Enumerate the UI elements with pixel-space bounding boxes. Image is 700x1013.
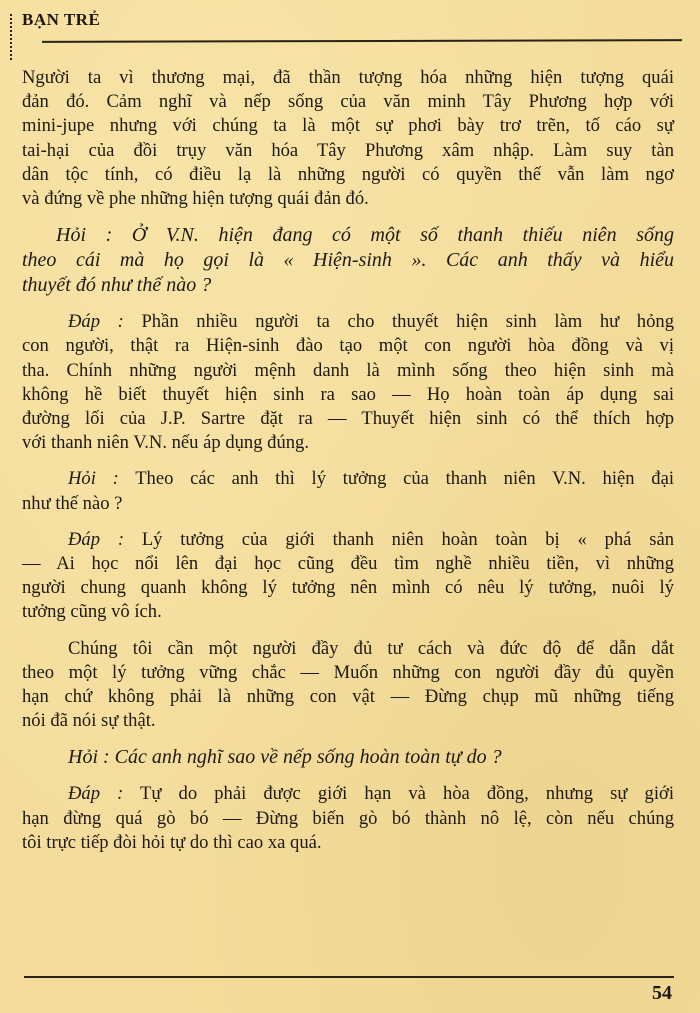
question-line: Hỏi : Ở V.N. hiện đang có một số thanh t… <box>56 223 674 248</box>
answer-line: tha. Chính những người mệnh danh là mình… <box>22 359 674 383</box>
answer-line: với thanh niên V.N. nếu áp dụng đúng. <box>22 431 674 455</box>
answer-line: tưởng cũng vô ích. <box>22 600 674 624</box>
text-line: dân tộc tính, có điều lạ là những người … <box>22 163 674 187</box>
question-1-cont: theo cái mà họ gọi là « Hiện-sinh ». Các… <box>22 248 674 298</box>
answer-text: Phần nhiều người ta cho thuyết hiện sinh… <box>141 311 674 332</box>
text-line: hạn chứ không phải là những con vật — Đừ… <box>22 685 674 709</box>
text-line: Chúng tôi cần một người đầy đủ tư cách v… <box>22 637 674 661</box>
question-text: Các anh nghĩ sao về nếp sống hoàn toàn t… <box>115 746 502 768</box>
question-text: Theo các anh thì lý tưởng của thanh niên… <box>135 468 674 489</box>
question-line: Hỏi : Các anh nghĩ sao về nếp sống hoàn … <box>68 745 674 770</box>
question-label: Hỏi : <box>56 224 112 246</box>
answer-label: Đáp : <box>68 783 123 804</box>
text-line: đản đó. Cảm nghĩ và nếp sống của văn min… <box>22 90 674 114</box>
question-line: như thế nào ? <box>22 492 674 516</box>
answer-1: Đáp : Phần nhiều người ta cho thuyết hiệ… <box>22 310 674 455</box>
question-line: Hỏi : Theo các anh thì lý tưởng của than… <box>22 467 674 491</box>
answer-line: con người, thật ra Hiện-sinh đào tạo một… <box>22 334 674 358</box>
text-line: tai-hại của đồi trụy văn hóa Tây Phương … <box>22 139 674 163</box>
question-1: Hỏi : Ở V.N. hiện đang có một số thanh t… <box>22 223 674 248</box>
running-header: BẠN TRẺ <box>10 10 100 30</box>
text-line: Người ta vì thương mại, đã thần tượng hó… <box>22 66 674 90</box>
answer-line: Đáp : Phần nhiều người ta cho thuyết hiệ… <box>22 310 674 334</box>
question-2: Hỏi : Theo các anh thì lý tưởng của than… <box>22 467 674 515</box>
article-body: Người ta vì thương mại, đã thần tượng hó… <box>22 66 674 867</box>
text-line: mini-jupe nhưng với chúng ta là một sự p… <box>22 114 674 138</box>
paragraph-2: Chúng tôi cần một người đầy đủ tư cách v… <box>22 637 674 734</box>
text-line: nói đã nói sự thật. <box>22 709 674 733</box>
answer-text: Lý tưởng của giới thanh niên hoàn toàn b… <box>142 529 674 550</box>
answer-label: Đáp : <box>68 529 124 550</box>
answer-text: Tự do phải được giới hạn và hòa đồng, nh… <box>140 783 674 804</box>
text-line: và đứng về phe những hiện tượng quái đản… <box>22 187 674 211</box>
answer-line: hạn đừng quá gò bó — Đừng biến gò bó thà… <box>22 807 674 831</box>
question-text: Ở V.N. hiện đang có một số thanh thiếu n… <box>132 224 674 246</box>
paragraph-continuation: Người ta vì thương mại, đã thần tượng hó… <box>22 66 674 211</box>
answer-line: không hề biết thuyết hiện sinh ra sao — … <box>22 383 674 407</box>
answer-line: người chung quanh không lý tưởng nên mìn… <box>22 576 674 600</box>
answer-line: tôi trực tiếp đòi hỏi tự do thì cao xa q… <box>22 831 674 855</box>
text-line: theo một lý tưởng vững chắc — Muốn những… <box>22 661 674 685</box>
answer-line: Đáp : Tự do phải được giới hạn và hòa đồ… <box>22 782 674 806</box>
question-label: Hỏi : <box>68 468 119 489</box>
page-number: 54 <box>652 982 672 1005</box>
running-title: BẠN TRẺ <box>22 10 100 29</box>
answer-line: đường lối của J.P. Sartre đặt ra — Thuyế… <box>22 407 674 431</box>
question-line: theo cái mà họ gọi là « Hiện-sinh ». Các… <box>22 248 674 273</box>
header-rule <box>42 39 682 43</box>
answer-label: Đáp : <box>68 311 124 332</box>
answer-3: Đáp : Tự do phải được giới hạn và hòa đồ… <box>22 782 674 855</box>
answer-line: Đáp : Lý tưởng của giới thanh niên hoàn … <box>22 528 674 552</box>
question-label: Hỏi : <box>68 746 110 768</box>
question-line: thuyết đó như thế nào ? <box>22 273 674 298</box>
question-3: Hỏi : Các anh nghĩ sao về nếp sống hoàn … <box>22 745 674 770</box>
answer-line: — Ai học nổi lên đại học cũng đều tìm ng… <box>22 552 674 576</box>
footer-rule <box>24 976 674 978</box>
answer-2: Đáp : Lý tưởng của giới thanh niên hoàn … <box>22 528 674 625</box>
magazine-page: BẠN TRẺ Người ta vì thương mại, đã thần … <box>0 0 700 1013</box>
